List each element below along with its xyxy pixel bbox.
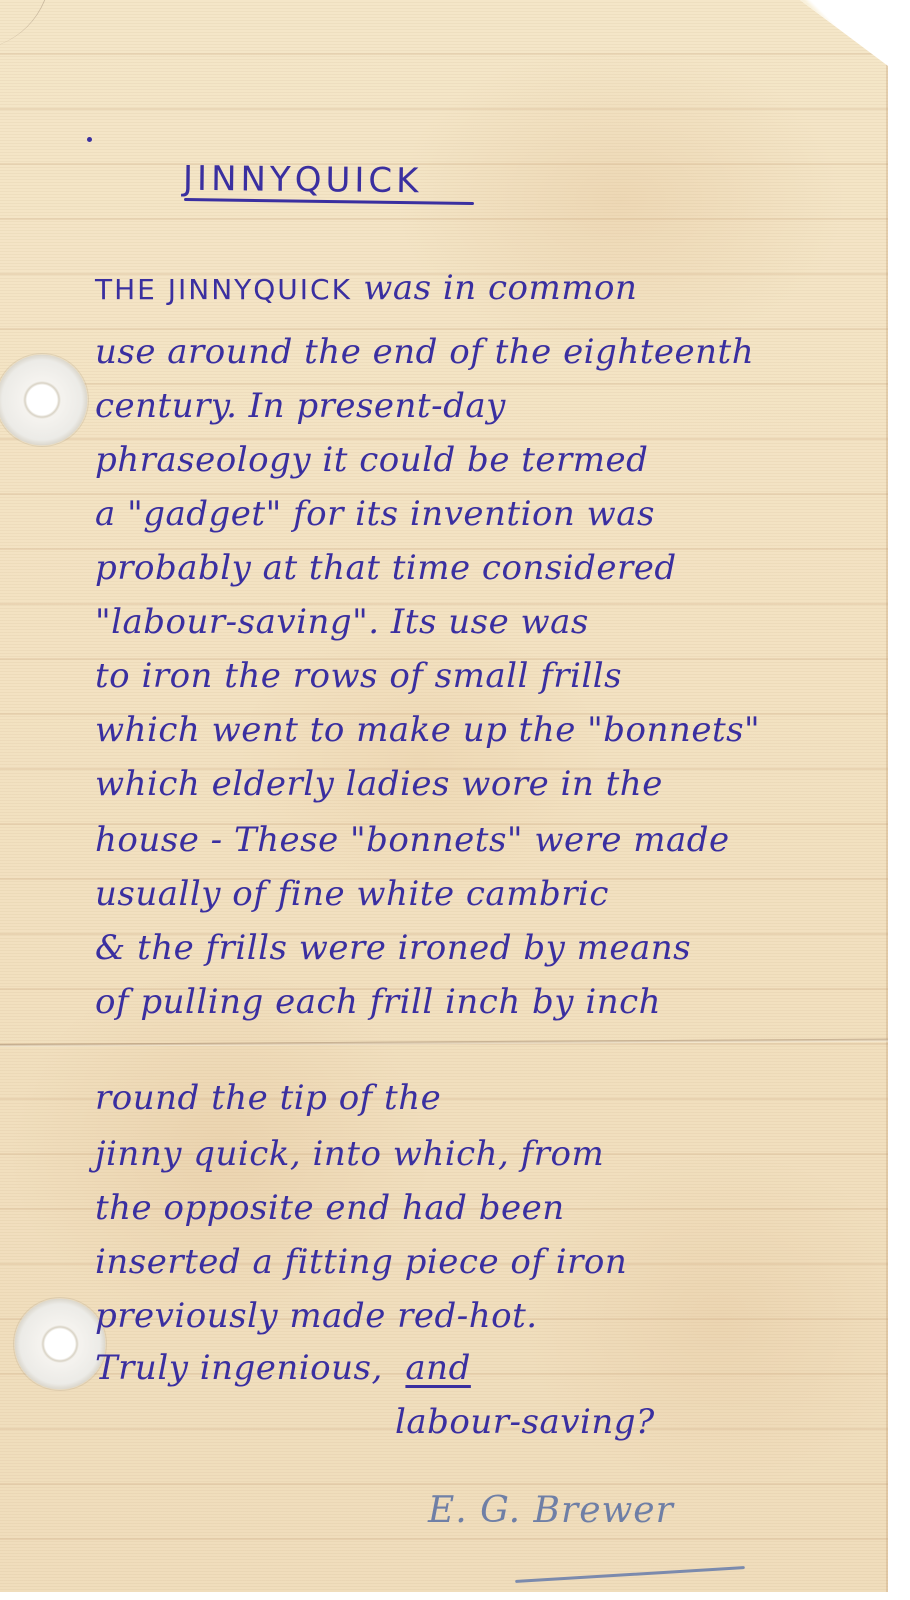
- body-line: "labour-saving". Its use was: [95, 602, 589, 642]
- signature: E. G. Brewer: [428, 1490, 674, 1531]
- punch-hole-reinforcement-bottom: [14, 1298, 106, 1390]
- body-line-rest: was in common: [352, 268, 637, 308]
- body-line: round the tip of the: [95, 1078, 441, 1118]
- body-line: usually of fine white cambric: [95, 874, 609, 914]
- body-line: THE JINNYQUICK was in common: [95, 268, 637, 310]
- body-line: & the frills were ironed by means: [95, 928, 691, 968]
- body-line: Truly ingenious, and: [95, 1348, 471, 1388]
- body-line-caps: THE JINNYQUICK: [95, 273, 352, 306]
- body-line: use around the end of the eighteenth: [95, 332, 754, 372]
- body-line: which went to make up the "bonnets": [95, 710, 760, 750]
- body-line: previously made red-hot.: [95, 1296, 538, 1336]
- body-line: labour-saving?: [395, 1402, 655, 1442]
- document-title: JINNYQUICK: [183, 159, 423, 202]
- ink-dot: [87, 137, 92, 142]
- body-line: house - These "bonnets" were made: [95, 820, 730, 860]
- punch-hole-reinforcement-top: [0, 354, 88, 446]
- body-line: jinny quick, into which, from: [95, 1134, 604, 1174]
- body-line: to iron the rows of small frills: [95, 656, 622, 696]
- body-line: a "gadget" for its invention was: [95, 494, 655, 534]
- body-line: of pulling each frill inch by inch: [95, 982, 661, 1022]
- body-line: phraseology it could be termed: [95, 440, 648, 480]
- body-line: inserted a fitting piece of iron: [95, 1242, 627, 1282]
- body-line: probably at that time considered: [95, 548, 677, 588]
- underlined-word: and: [405, 1348, 470, 1388]
- body-line: the opposite end had been: [95, 1188, 565, 1228]
- body-line: century. In present-day: [95, 386, 506, 426]
- body-line: which elderly ladies wore in the: [95, 764, 663, 804]
- body-line-text: Truly ingenious,: [95, 1348, 383, 1388]
